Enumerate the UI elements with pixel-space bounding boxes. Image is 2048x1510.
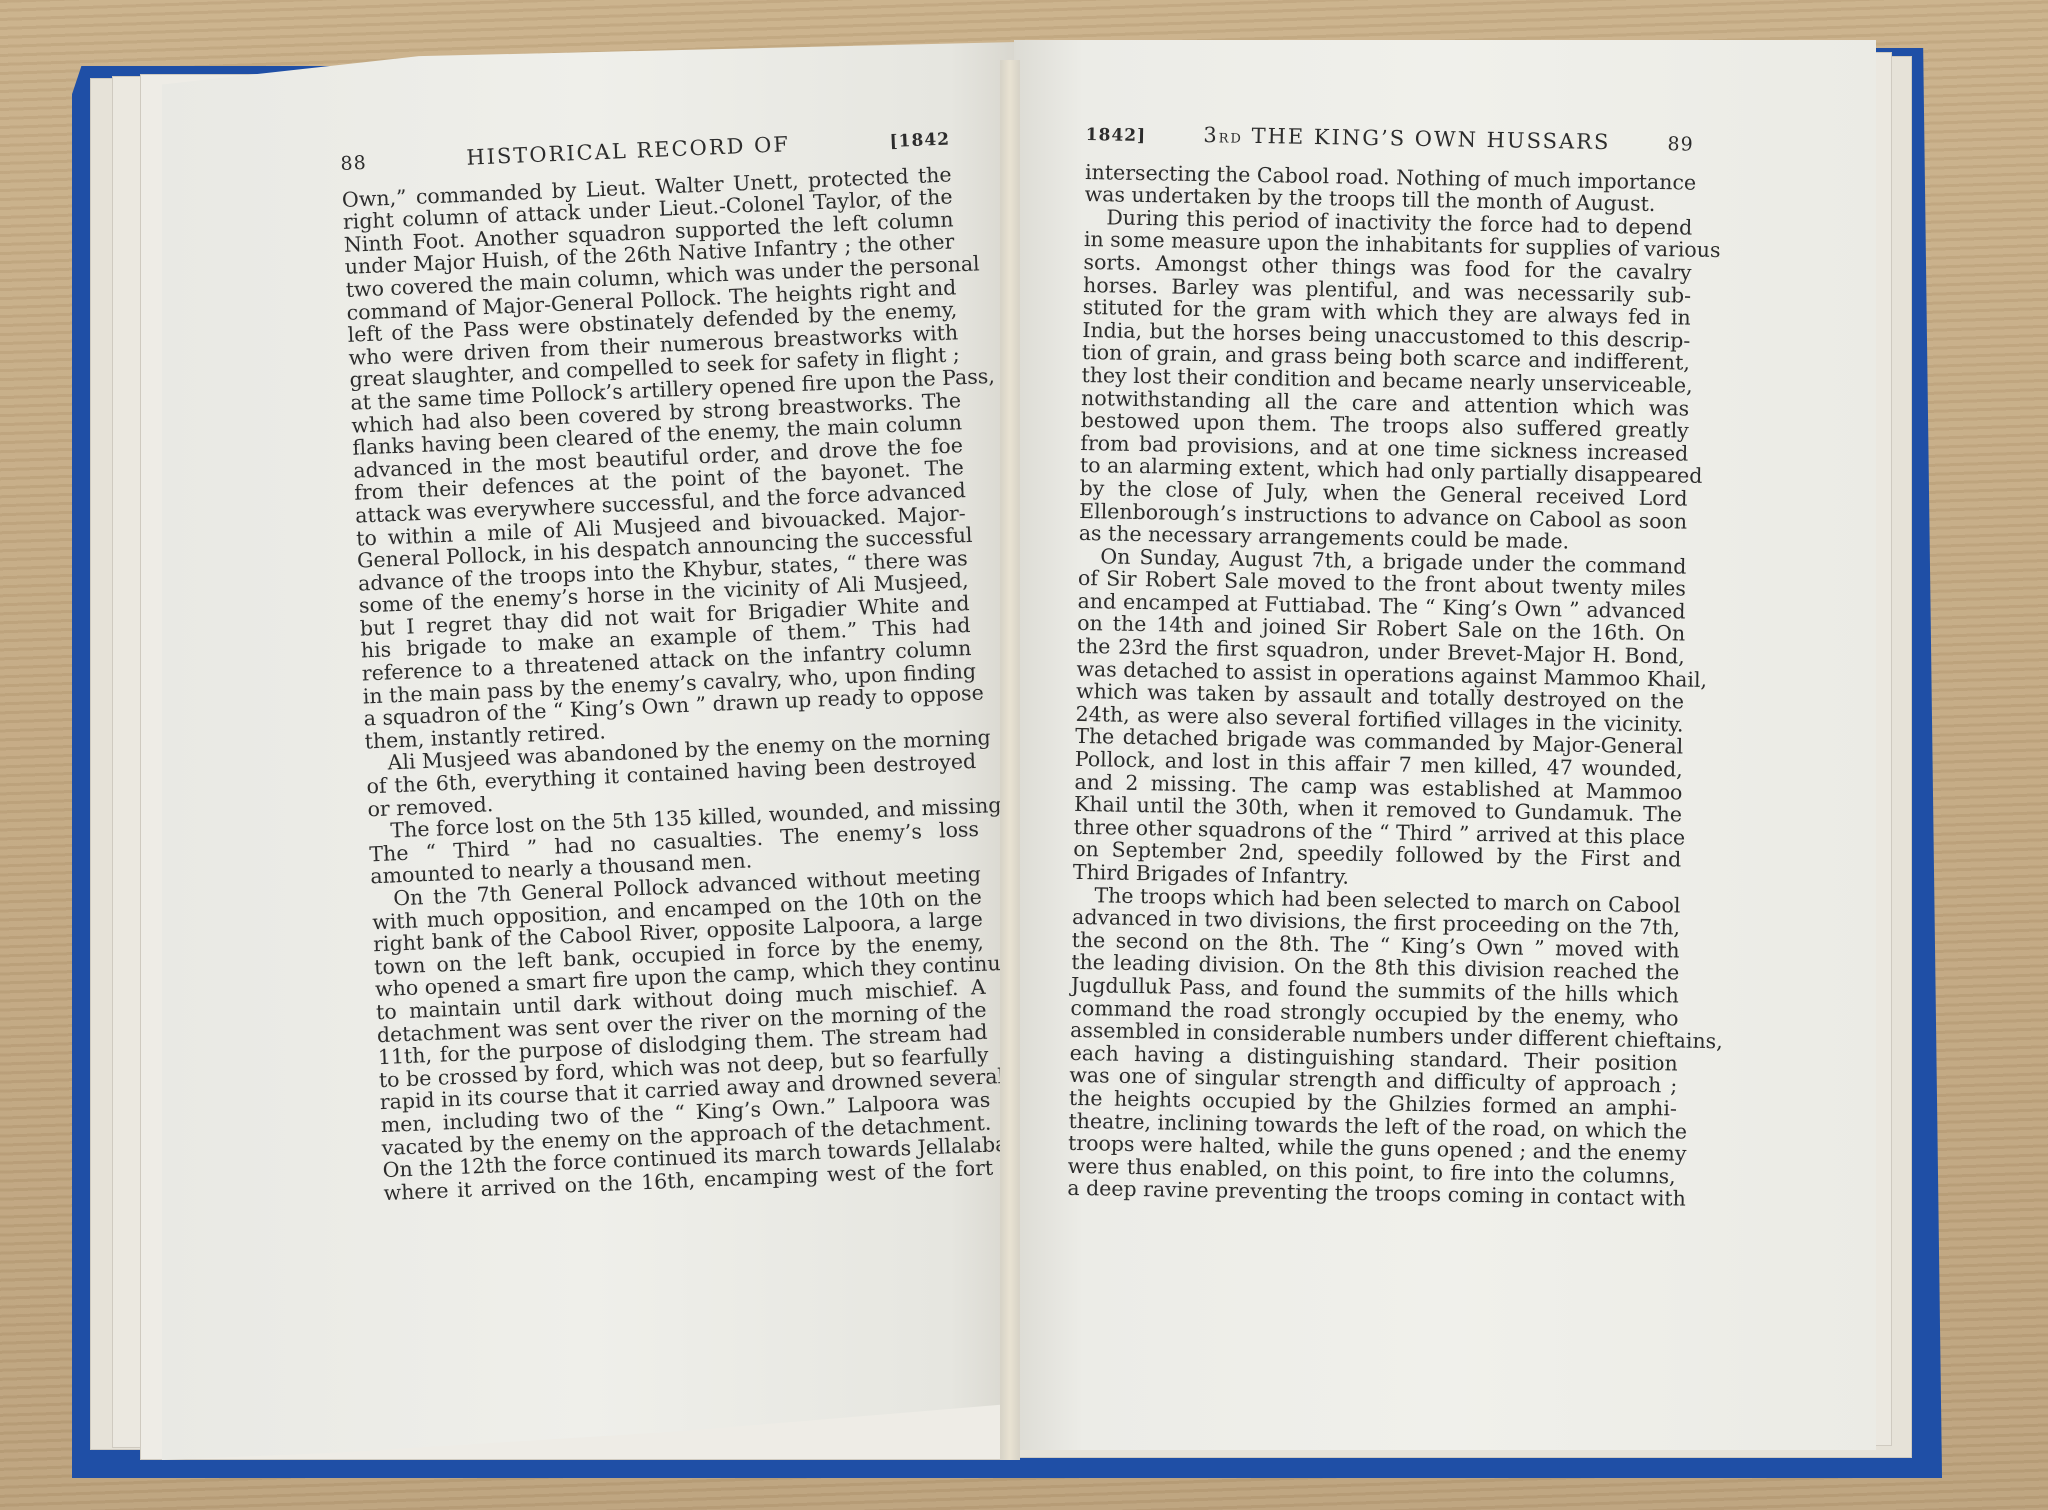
left-page: 88 HISTORICAL RECORD OF [1842 Own,” comm… <box>162 42 1018 1460</box>
page-number: 88 <box>340 152 367 176</box>
year-marker: [1842 <box>889 128 950 153</box>
right-page-text: 1842] 3RD THE KING’S OWN HUSSARS 89 inte… <box>1067 122 1694 1210</box>
page-number: 89 <box>1667 133 1694 156</box>
running-title-ordinal: 3 <box>1203 123 1219 147</box>
right-body-text: intersecting the Cabool road. Nothing of… <box>1067 161 1693 1211</box>
right-running-head: 1842] 3RD THE KING’S OWN HUSSARS 89 <box>1086 122 1694 159</box>
running-title: 3RD THE KING’S OWN HUSSARS <box>1203 124 1611 158</box>
book-gutter <box>1000 60 1020 1460</box>
running-title: HISTORICAL RECORD OF <box>466 133 790 169</box>
running-title-text: THE KING’S OWN HUSSARS <box>1251 124 1610 154</box>
year-marker: 1842] <box>1086 124 1147 148</box>
right-page: 1842] 3RD THE KING’S OWN HUSSARS 89 inte… <box>1014 40 1876 1450</box>
left-page-text: 88 HISTORICAL RECORD OF [1842 Own,” comm… <box>340 126 994 1204</box>
left-body-text: Own,” commanded by Lieut. Walter Unett, … <box>342 163 994 1204</box>
running-title-ordinal-suffix: RD <box>1219 131 1243 146</box>
